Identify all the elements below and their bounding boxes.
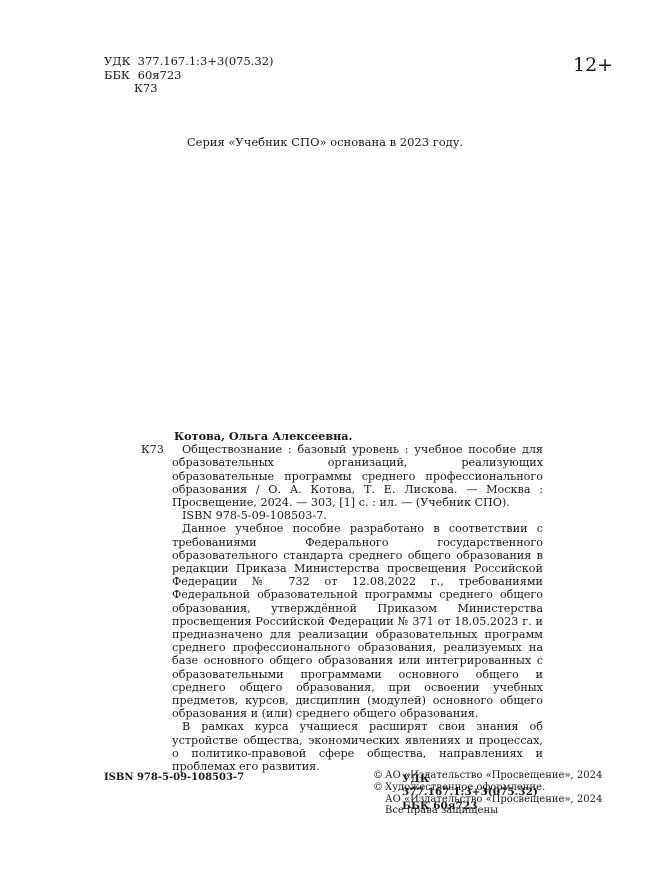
- udk-value: 377.167.1:3+3(075.32): [138, 54, 274, 68]
- bbk-value: 60я723: [138, 68, 182, 82]
- copyright-text-1: АО «Издательство «Просвещение», 2024: [385, 770, 602, 781]
- card-author: Котова, Ольга Алексеевна.: [172, 430, 543, 443]
- copyright-icon: ©: [373, 782, 385, 794]
- copyright-line-2: ©Художественное оформление.: [373, 782, 602, 794]
- udk-label: УДК: [104, 55, 134, 69]
- card-isbn: ISBN 978-5-09-108503-7.: [172, 509, 543, 522]
- bbk-label: ББК: [104, 69, 134, 83]
- annotation-paragraph-2: В рамках курса учащиеся расширят свои зн…: [172, 720, 543, 773]
- rights-reserved: Все права защищены: [373, 805, 602, 817]
- card-author-mark: К73: [141, 443, 164, 456]
- copyright-line-3: АО «Издательство «Просвещение», 2024: [373, 794, 602, 806]
- copyright-line-1: ©АО «Издательство «Просвещение», 2024: [373, 770, 602, 782]
- copyright-block: ©АО «Издательство «Просвещение», 2024 ©Х…: [373, 770, 602, 817]
- annotation-paragraph-1: Данное учебное пособие разработано в соо…: [172, 522, 543, 720]
- classification-block: УДК 377.167.1:3+3(075.32) ББК 60я723 К73: [104, 55, 274, 96]
- catalog-card: Котова, Ольга Алексеевна. Обществознание…: [172, 430, 543, 813]
- author-mark: К73: [104, 82, 274, 96]
- udk-row: УДК 377.167.1:3+3(075.32): [104, 55, 274, 69]
- footer-isbn: ISBN 978-5-09-108503-7: [104, 771, 244, 784]
- copyright-text-2: Художественное оформление.: [385, 782, 545, 793]
- bbk-row: ББК 60я723: [104, 69, 274, 83]
- card-description: Обществознание : базовый уровень : учебн…: [172, 443, 543, 509]
- age-rating: 12+: [573, 54, 613, 76]
- series-note: Серия «Учебник СПО» основана в 2023 году…: [0, 135, 650, 149]
- copyright-icon: ©: [373, 770, 385, 782]
